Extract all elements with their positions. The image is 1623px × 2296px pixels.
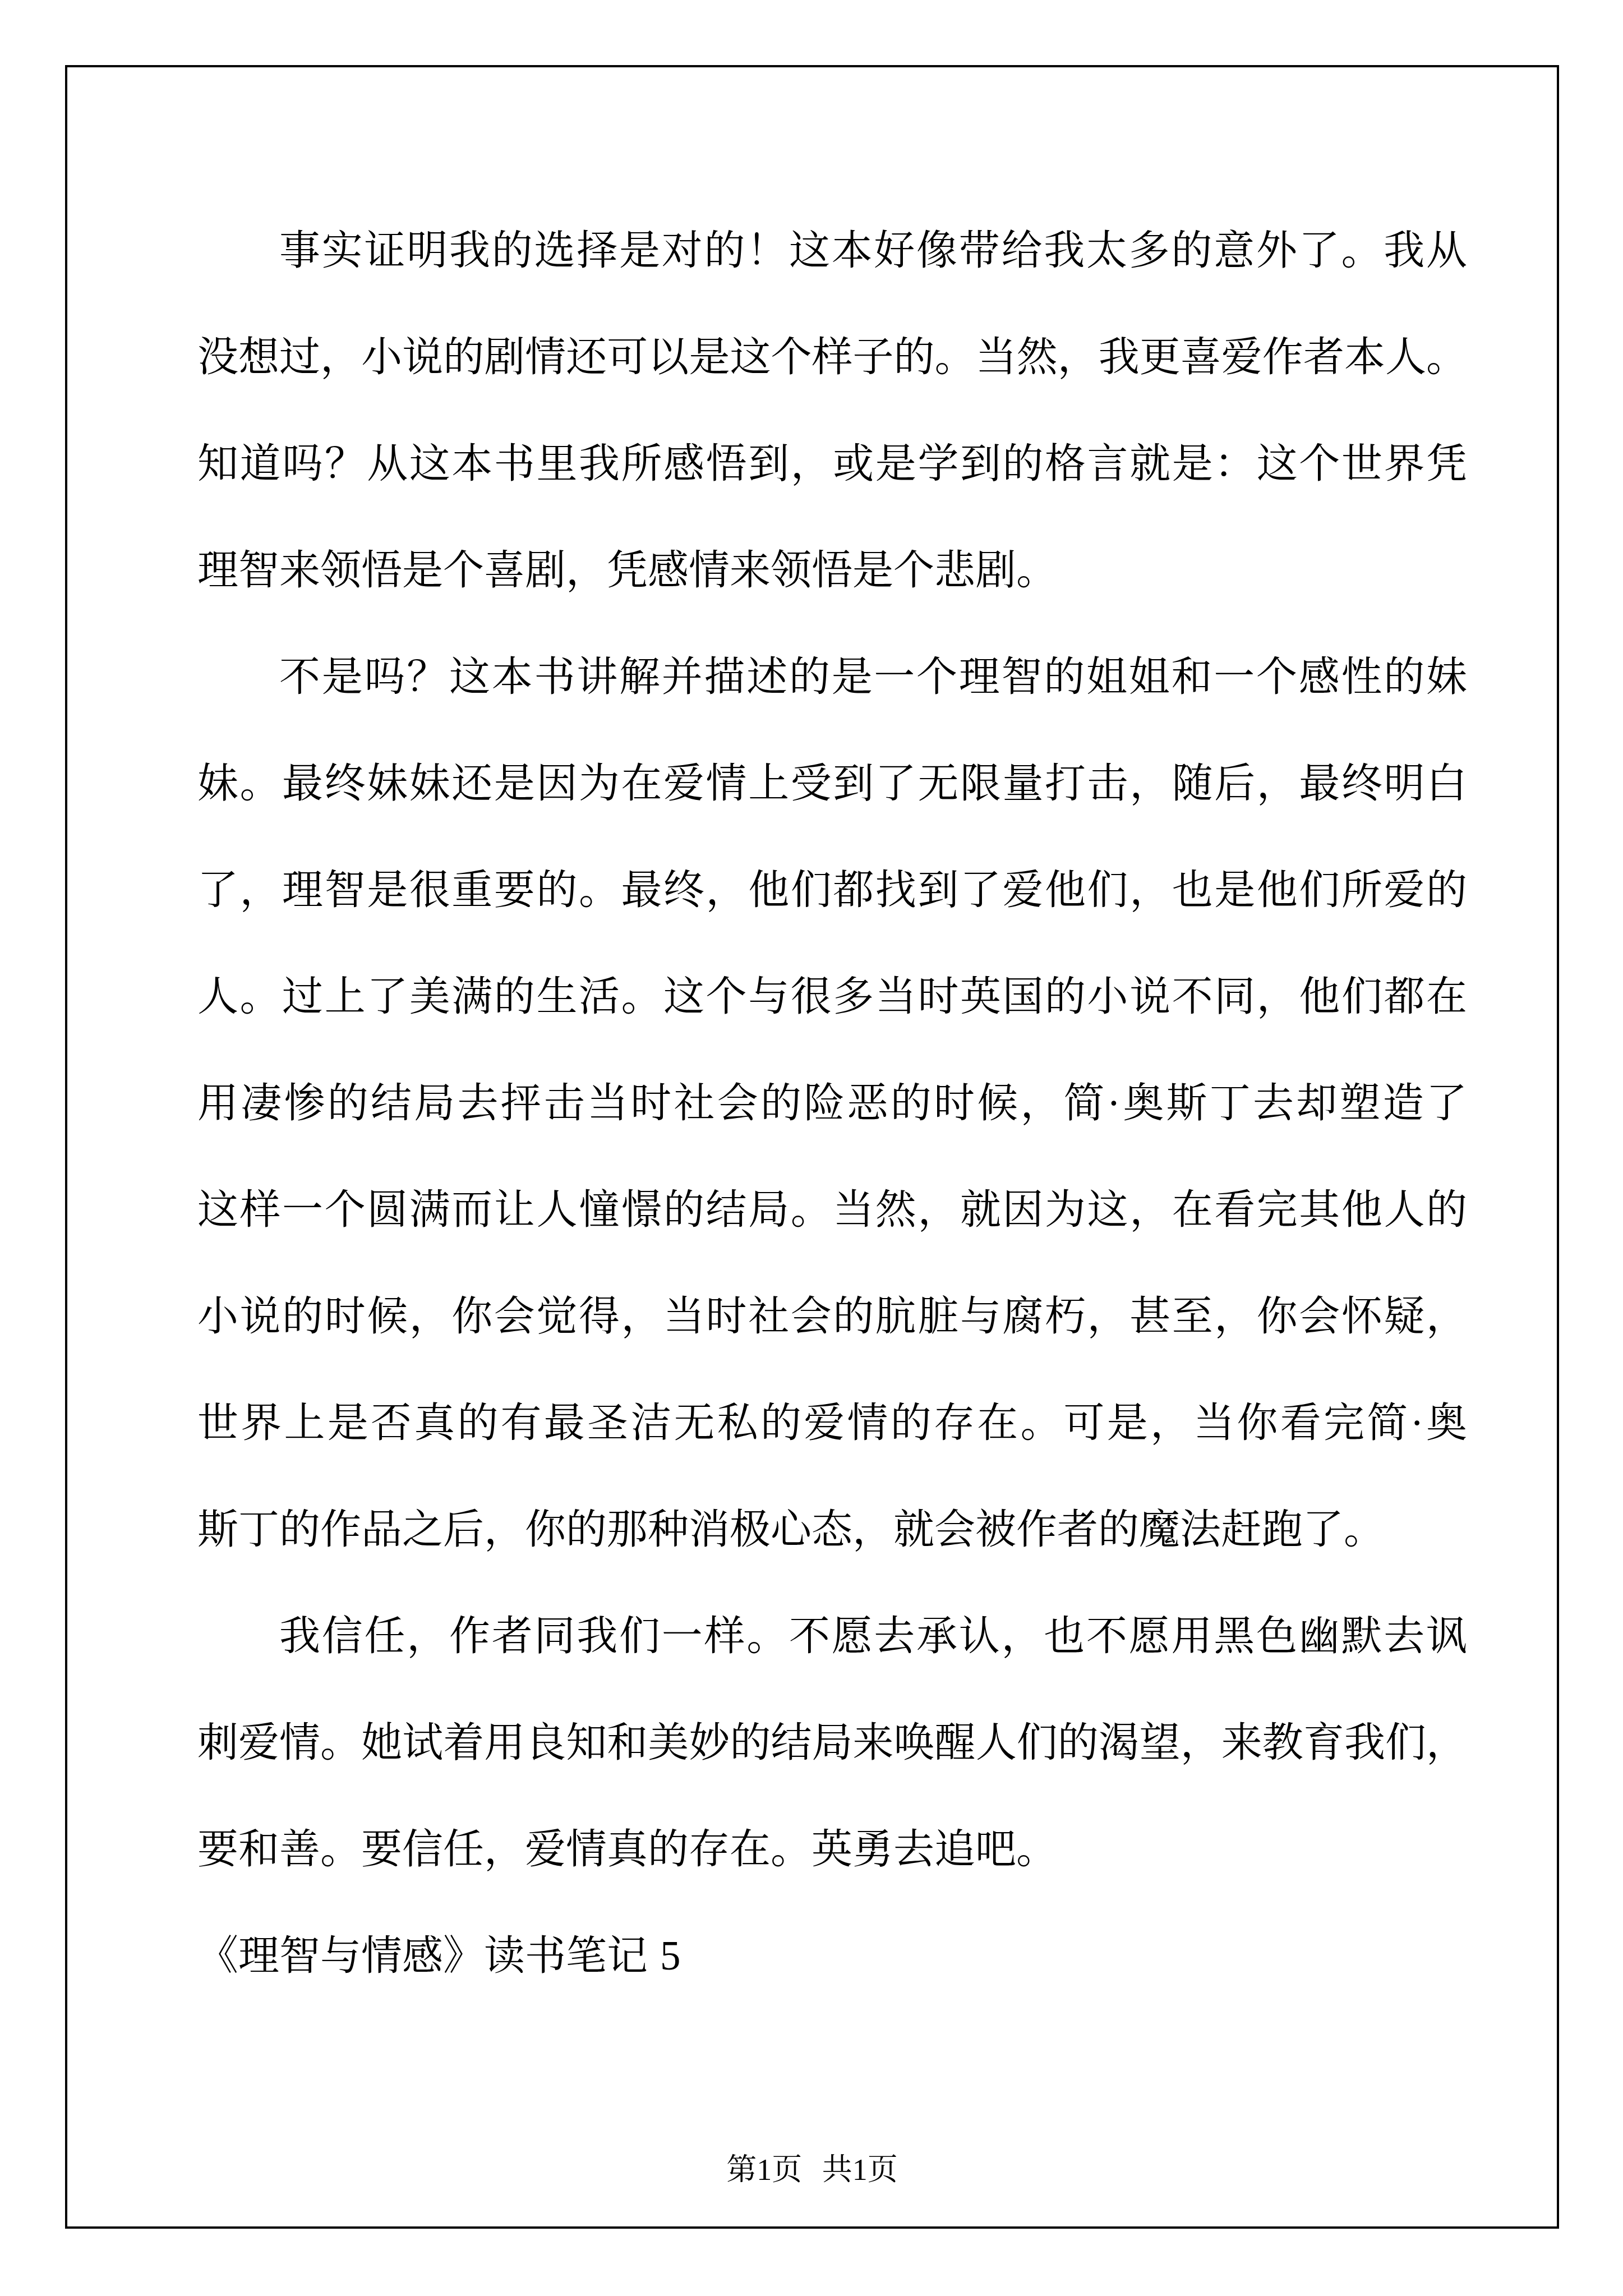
text-line: 要和善。要信任，爱情真的存在。英勇去追吧。 [197,1796,1467,1903]
text-line: 事实证明我的选择是对的！这本好像带给我太多的意外了。我从 [197,197,1467,304]
text-line: 我信任，作者同我们一样。不愿去承认，也不愿用黑色幽默去讽 [197,1583,1467,1690]
text-line: 知道吗？从这本书里我所感悟到，或是学到的格言就是：这个世界凭 [197,411,1467,517]
text-line: 用凄惨的结局去抨击当时社会的险恶的时候，简·奥斯丁去却塑造了 [197,1050,1467,1157]
text-line: 小说的时候，你会觉得，当时社会的肮脏与腐朽，甚至，你会怀疑， [197,1263,1467,1370]
text-line: 妹。最终妹妹还是因为在爱情上受到了无限量打击，随后，最终明白 [197,730,1467,837]
text-line: 世界上是否真的有最圣洁无私的爱情的存在。可是，当你看完简·奥 [197,1370,1467,1476]
text-line: 斯丁的作品之后，你的那种消极心态，就会被作者的魔法赶跑了。 [197,1476,1467,1583]
page-footer: 第1页 共1页 [65,2153,1559,2187]
footer-page-label: 第1页 共1页 [726,2153,898,2187]
text-line: 理智来领悟是个喜剧，凭感情来领悟是个悲剧。 [197,517,1467,624]
text-line: 了，理智是很重要的。最终，他们都找到了爱他们，也是他们所爱的 [197,837,1467,944]
text-line: 刺爱情。她试着用良知和美妙的结局来唤醒人们的渴望，来教育我们， [197,1690,1467,1796]
body-lines: 事实证明我的选择是对的！这本好像带给我太多的意外了。我从没想过，小说的剧情还可以… [197,197,1467,1903]
text-line: 这样一个圆满而让人憧憬的结局。当然，就因为这，在看完其他人的 [197,1157,1467,1263]
text-line: 不是吗？这本书讲解并描述的是一个理智的姐姐和一个感性的妹 [197,624,1467,730]
title-line: 《理智与情感》读书笔记5 [197,1903,1467,2009]
title-text: 《理智与情感》读书笔记 [197,1933,648,1978]
document-body: 事实证明我的选择是对的！这本好像带给我太多的意外了。我从没想过，小说的剧情还可以… [197,197,1467,2009]
text-line: 没想过，小说的剧情还可以是这个样子的。当然，我更喜爱作者本人。 [197,304,1467,411]
text-line: 人。过上了美满的生活。这个与很多当时英国的小说不同，他们都在 [197,944,1467,1050]
title-number: 5 [660,1933,681,1978]
document-page: 事实证明我的选择是对的！这本好像带给我太多的意外了。我从没想过，小说的剧情还可以… [0,0,1623,2296]
